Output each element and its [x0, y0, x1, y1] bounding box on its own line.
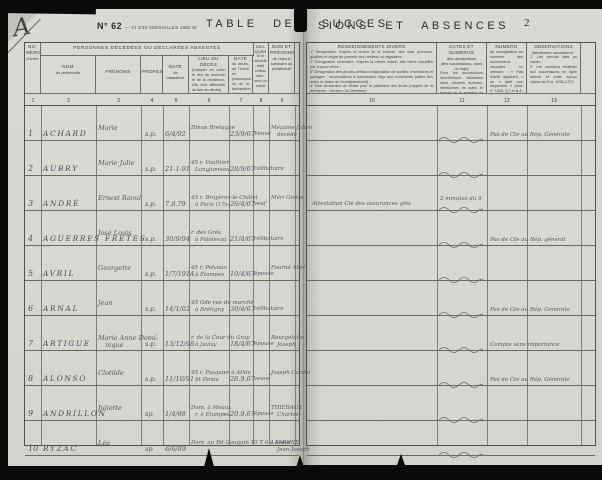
- cell-lieu-deces: Dinan Bretagne: [191, 126, 235, 132]
- cell-epoux: Joseph Cardin: [271, 371, 310, 377]
- register-number: N° 62 — 2J 4/16 VERSAILLES 1992 W: [97, 21, 197, 31]
- cell-lieu-deces: 45 r. Vauthier: [191, 161, 229, 167]
- col-header-naissance: DATE de naissance: [163, 55, 189, 94]
- cell-date-naissance: 11/10/91: [165, 376, 194, 383]
- cell-date-deces: 26.9.67: [230, 376, 255, 383]
- cell-date-deces: 26/4/67: [230, 201, 255, 208]
- cell-lieu-deces-2: Longjumeau: [195, 168, 230, 174]
- scanned-register-page: A N° 62 — 2J 4/16 VERSAILLES 1992 W TABL…: [0, 0, 602, 480]
- cell-numero: 8: [28, 375, 33, 383]
- col-header-epoux: NOM ET PRÉNOMS de l'époux survivant ou p…: [269, 43, 295, 94]
- table-row: 1 ACHARD Marie s.p. 6/4/92 Dinan Bretagn…: [25, 106, 299, 141]
- scan-edge-bottom-right: [300, 465, 602, 480]
- cell-prenoms: Georgette: [98, 265, 131, 272]
- register-number-value: N° 62: [97, 21, 122, 31]
- cell-date-deces: 21/4/67: [230, 236, 255, 243]
- cell-profession: s.p.: [145, 341, 157, 348]
- table-row-right: [307, 421, 595, 456]
- cell-date-naissance: 7.8.79: [165, 201, 186, 208]
- cell-date-deces: 20.9.67: [230, 411, 255, 418]
- table-row: 9 ANDRILLON Juliette sp 1/4/88 Dom. à Me…: [25, 386, 299, 421]
- cell-profession: sp: [145, 411, 153, 418]
- table-right-page: RENSEIGNEMENTS DIVERS 1° Désignation, d'…: [306, 42, 596, 446]
- table-row: 5 AVRIL Georgette s.p. 1/7/1914 45 r. Pe…: [25, 246, 299, 281]
- table-row-right: Pas de Cte au Rép. Générale: [307, 351, 595, 386]
- cell-epoux: Fourné Abel: [271, 266, 305, 272]
- cell-profession: s.p.: [145, 201, 157, 208]
- cell-date-deces: 30/4/67: [230, 306, 255, 313]
- cell-observations: Pas de Cte au Rép. Générale: [490, 378, 600, 384]
- cell-date-naissance: 21-1-91: [165, 166, 190, 173]
- cell-numero: 6: [28, 305, 33, 313]
- cell-date-deces: 18/4/67: [230, 341, 255, 348]
- col-header-date-deces: DATE du décès, de l'envoi en possession …: [229, 55, 253, 94]
- cell-etat-civil: épouse: [254, 342, 274, 348]
- cell-date-deces: 28/9/67: [230, 166, 255, 173]
- cell-etat-civil: célibataire: [254, 167, 284, 173]
- table-row-right: [307, 141, 595, 176]
- cell-etat-civil: épouse: [254, 412, 274, 418]
- cell-numero: 9: [28, 410, 33, 418]
- cell-prenoms: Ernest Raoul: [98, 195, 141, 202]
- binding-gutter-line: [303, 9, 304, 466]
- cell-epoux-2: Joseph: [277, 343, 296, 349]
- cell-numero: 1: [28, 130, 33, 138]
- cell-lieu-deces: r. des Grès: [191, 231, 221, 237]
- table-left-page: PERSONNES DÉCÉDÉES OU DÉCLARÉES ABSENTES…: [24, 42, 300, 446]
- table-row: 10 RYZAC Léa sp 6/6/89 Dom. au Bd Gaugui…: [25, 421, 299, 456]
- cell-prenoms: Clotilde: [98, 370, 124, 377]
- cell-numero: 4: [28, 235, 33, 243]
- cell-etat-civil: célibataire: [254, 307, 284, 313]
- binding-mark-top: [294, 9, 307, 32]
- col-header-etat-civil: INDI-QUER si le décédé était céliba-tair…: [253, 43, 269, 94]
- cell-dates-note: 2 minutes du 9: [440, 197, 482, 203]
- table-row-right: [307, 246, 595, 281]
- cell-profession: s.p.: [145, 271, 157, 278]
- cell-numero: 2: [28, 165, 33, 173]
- cell-epoux: Bourgelatte: [271, 336, 304, 342]
- table-row: 2 AUBRY Marie Julie s.p. 21-1-91 45 r. V…: [25, 141, 299, 176]
- cell-epoux: Méri Gisèle: [271, 196, 303, 202]
- cell-epoux: THIÉBAUX: [271, 406, 302, 412]
- col-header-prenoms: PRÉNOMS: [96, 55, 141, 94]
- cell-prenoms: Marie: [98, 125, 118, 132]
- cell-epoux: LAMORIX: [271, 441, 299, 447]
- cell-lieu-deces: 45 r. Pelvoux: [191, 266, 227, 272]
- table-row-right: Pas de Cte au Rép. Générale: [307, 281, 595, 316]
- cell-prenoms: Jean: [98, 300, 113, 307]
- col-header-profession: PROFESSION: [141, 55, 163, 94]
- table-left-header: PERSONNES DÉCÉDÉES OU DÉCLARÉES ABSENTES…: [25, 43, 299, 106]
- col-header-numero-consignation: NUMÉRO de consignation au sommier des su…: [487, 43, 527, 94]
- cell-lieu-deces-2: à Paris (17e): [195, 203, 230, 209]
- cell-lieu-deces-2: r. à Étampes: [195, 413, 230, 419]
- cell-epoux-2: décédé: [277, 133, 297, 139]
- cell-renseignements: Attestation Cie des assurances gles: [312, 202, 411, 208]
- cell-prenoms: Marie Julie: [98, 160, 134, 167]
- cell-prenoms: Juliette: [98, 405, 122, 412]
- col-header-observations: OBSERVATIONS Mentionner notamment : 1° L…: [527, 43, 581, 94]
- col-header-renseignements: RENSEIGNEMENTS DIVERS 1° Désignation, d'…: [307, 43, 437, 94]
- col-header-dates-numeros: DATES ET NUMÉROS des déclarations (des s…: [437, 43, 487, 94]
- cell-date-naissance: 1/4/88: [165, 411, 186, 418]
- cell-profession: s.p.: [145, 306, 157, 313]
- cell-lieu-deces-2: à Brétigny: [195, 308, 224, 314]
- cell-lieu-deces-2: à Juvisy: [195, 343, 217, 349]
- col-header-numero: NU-MÉRO d'ordre: [25, 43, 41, 94]
- cell-etat-civil: célibataire: [254, 237, 284, 243]
- cell-prenoms: José Louis: [98, 230, 132, 237]
- cell-date-naissance: 6/4/92: [165, 131, 186, 138]
- cell-profession: s.p.: [145, 166, 157, 173]
- table-row: 4 AGUERRES FRETES José Louis s.p. 30/9/9…: [25, 211, 299, 246]
- table-row-right: [307, 386, 595, 421]
- cell-lieu-deces-2: à Étampes: [195, 273, 224, 279]
- table-row-right: Compte sans importance: [307, 316, 595, 351]
- cell-numero: 10: [28, 445, 38, 453]
- register-cote-note: — 2J 4/16 VERSAILLES 1992 W: [125, 25, 196, 30]
- cell-nom: RYZAC: [43, 445, 78, 453]
- cell-date-naissance: 14/1/02: [165, 306, 190, 313]
- page-title-right: SIONS ET ABSENCES: [318, 20, 509, 32]
- table-row: 3 ANDRÉ Ernest Raoul s.p. 7.8.79 45 r. B…: [25, 176, 299, 211]
- cell-etat-civil: Veuve: [254, 132, 271, 138]
- page-number: 2: [524, 17, 530, 29]
- cell-lieu-deces: Dom. à Meaux: [191, 406, 231, 412]
- cell-nom: ANDRÉ: [43, 200, 80, 208]
- col-header-lieu-deces: LIEU DU DÉCÈS (Indiquer en outre le lieu…: [189, 55, 229, 94]
- cell-etat-civil: veuf: [254, 202, 266, 208]
- col-header-nom: NOM du prédécédé: [41, 55, 96, 94]
- cell-numero: 5: [28, 270, 33, 278]
- table-right-rows: Pas de Cte au Rép. Générale Attestation …: [307, 106, 595, 445]
- cell-date-naissance: 1/7/1914: [165, 271, 194, 278]
- scan-edge-left: [0, 0, 8, 480]
- cell-date-deces: 23/9/67: [230, 131, 255, 138]
- cell-epoux-2: Charles: [277, 413, 299, 419]
- cell-profession: sp: [145, 446, 153, 453]
- cell-observations: Pas de Cte au Rép. général: [490, 238, 600, 244]
- cell-nom: AVRIL: [43, 270, 75, 278]
- cell-lieu-deces-2: à Palaiseau: [195, 238, 226, 244]
- table-row: 8 ALONSO Clotilde s.p. 11/10/91 45 r. Pa…: [25, 351, 299, 386]
- cell-numero: 3: [28, 200, 33, 208]
- cell-observations: Compte sans importance: [490, 343, 600, 349]
- cell-nom: ARNAL: [43, 305, 79, 313]
- cell-date-naissance: 6/6/89: [165, 446, 186, 453]
- cell-profession: s.p.: [145, 131, 157, 138]
- cell-etat-civil: veuve: [254, 377, 270, 383]
- cell-nom: ALONSO: [43, 375, 87, 383]
- cell-observations: Pas de Cte au Rép. Générale: [490, 308, 600, 314]
- table-row: 6 ARNAL Jean s.p. 14/1/02 45 Gde rue du …: [25, 281, 299, 316]
- table-row-right: Attestation Cie des assurances gles 2 mi…: [307, 176, 595, 211]
- cell-nom: ARTIGUE: [43, 340, 91, 348]
- cell-lieu-deces-2: St Denis: [195, 378, 219, 384]
- cell-prenoms: Léa: [98, 440, 110, 447]
- cell-prenoms-2: nique: [105, 342, 123, 349]
- squiggle-mark: [438, 449, 484, 459]
- cell-date-deces: 10/4/67: [230, 271, 255, 278]
- cell-observations: Pas de Cte au Rép. Générale: [490, 133, 600, 139]
- table-left-rows: 1 ACHARD Marie s.p. 6/4/92 Dinan Bretagn…: [25, 106, 299, 445]
- cell-date-naissance: 30/9/94: [165, 236, 190, 243]
- cell-nom: ACHARD: [43, 130, 87, 138]
- table-row-right: Pas de Cte au Rép. Générale: [307, 106, 595, 141]
- column-number-strip-left: 1 2 3 4 5 6 7 8 9: [25, 93, 299, 105]
- cell-etat-civil: épouse: [254, 272, 274, 278]
- scan-edge-top-left: [0, 0, 96, 14]
- cell-date-naissance: 13/12/98: [165, 341, 194, 348]
- table-right-header: RENSEIGNEMENTS DIVERS 1° Désignation, d'…: [307, 43, 595, 106]
- cell-profession: s.p.: [145, 376, 157, 383]
- column-number-strip-right: 10 11 12 13: [307, 93, 595, 105]
- cell-profession: s.p.: [145, 236, 157, 243]
- table-row-right: Pas de Cte au Rép. général: [307, 211, 595, 246]
- cell-numero: 7: [28, 340, 33, 348]
- table-row: 7 ARTIGUE Marie Anne Domi- nique s.p. 13…: [25, 316, 299, 351]
- cell-nom: AUBRY: [43, 165, 79, 173]
